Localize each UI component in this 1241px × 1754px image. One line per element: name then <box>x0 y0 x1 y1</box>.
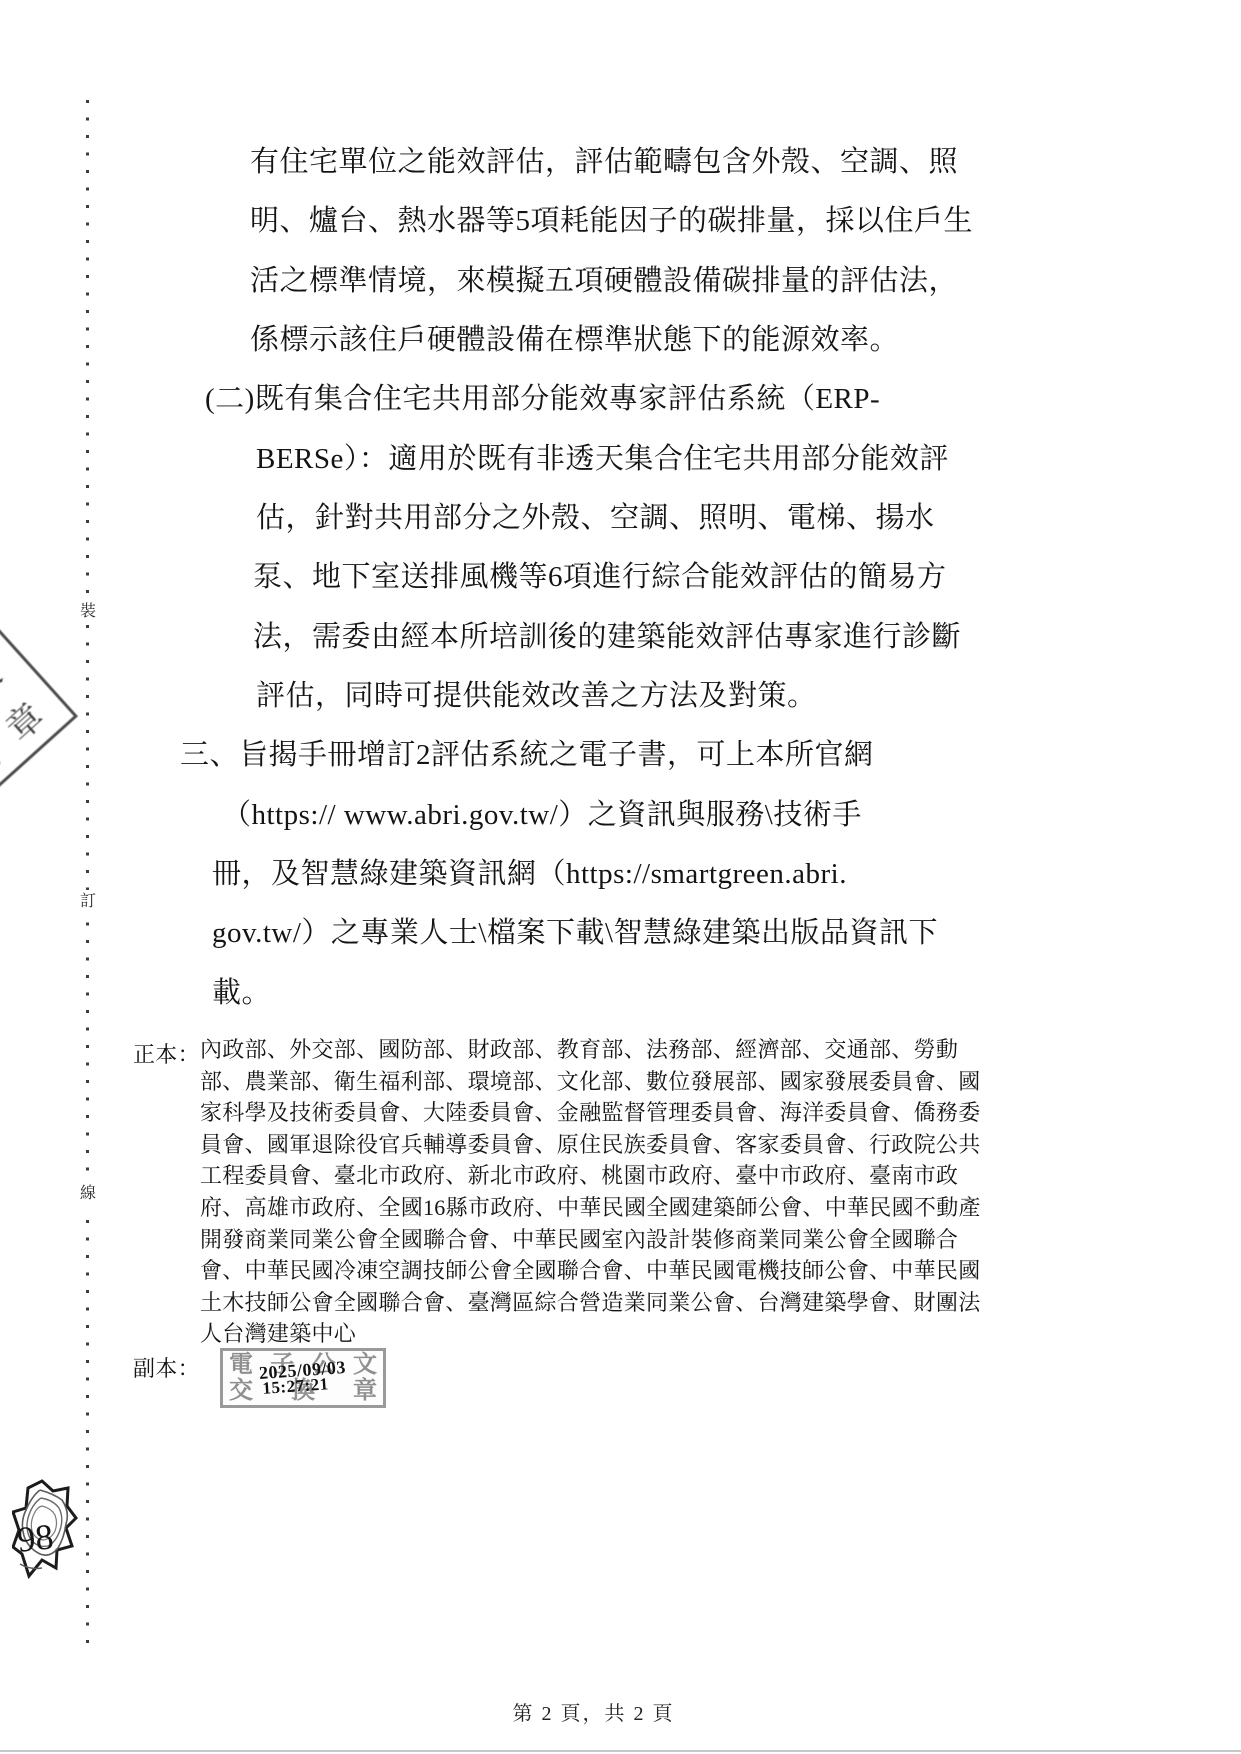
recipient-line: 工程委員會、臺北市政府、新北市政府、桃園市政府、臺中市政府、臺南市政 <box>200 1164 958 1188</box>
binding-dotted-rail <box>86 100 89 1650</box>
recipient-line: 員會、國軍退除役官兵輔導委員會、原住民族委員會、客家委員會、行政院公共 <box>200 1133 981 1157</box>
body-line: 冊，及智慧綠建築資訊網（https://smartgreen.abri. <box>212 859 847 890</box>
recipient-line: 內政部、外交部、國防部、財政部、教育部、法務部、經濟部、交通部、勞動 <box>200 1038 958 1062</box>
binding-mark-zhuang: 裝 <box>78 600 98 624</box>
body-line: 三、旨揭手冊增訂2評估系統之電子書，可上本所官網 <box>180 740 874 771</box>
body-line: gov.tw/）之專業人士\檔案下載\智慧綠建築出版品資訊下 <box>212 918 938 949</box>
exchange-stamp-time: 15:27:21 <box>262 1376 329 1397</box>
body-line: 載。 <box>212 978 271 1009</box>
body-line: 活之標準情境，來模擬五項硬體設備碳排量的評估法， <box>250 266 958 297</box>
electronic-exchange-stamp: 電 子 公 文 交 換 章 2025/09/03 15:27:21 <box>220 1348 386 1408</box>
recipient-line: 開發商業同業公會全國聯合會、中華民國室內設計裝修商業同業公會全國聯合 <box>200 1228 958 1252</box>
body-line: 明、爐台、熱水器等5項耗能因子的碳排量，採以住戶生 <box>250 206 973 237</box>
copy-recipients-label: 副本： <box>133 1352 200 1383</box>
page-number: 第 2 頁，共 2 頁 <box>0 1697 1187 1726</box>
recipient-line: 家科學及技術委員會、大陸委員會、金融監督管理委員會、海洋委員會、僑務委 <box>200 1101 981 1125</box>
binding-mark-ding: 訂 <box>78 890 98 914</box>
edge-exchange-stamp: 電子公文 交換章 <box>0 623 78 848</box>
official-letter-page: 裝 訂 線 電子公文 交換章 有住宅單位之能效評估，評估範疇包含外殼、空調、照 … <box>0 0 1241 1754</box>
star-seal-number: 98 <box>15 1516 55 1560</box>
body-line: 有住宅單位之能效評估，評估範疇包含外殼、空調、照 <box>250 147 958 178</box>
original-recipients-label: 正本： <box>133 1038 200 1069</box>
edge-exchange-stamp-row2: 交換章 <box>0 675 70 839</box>
recipient-line: 部、農業部、衛生福利部、環境部、文化部、數位發展部、國家發展委員會、國 <box>200 1070 981 1094</box>
recipient-line: 人台灣建築中心 <box>200 1322 356 1346</box>
binding-mark-xian: 線 <box>78 1182 98 1206</box>
body-line: 泵、地下室送排風機等6項進行綜合能效評估的簡易方 <box>253 562 947 593</box>
body-line: 法，需委由經本所培訓後的建築能效評估專家進行診斷 <box>253 622 961 653</box>
body-line: 估，針對共用部分之外殼、空調、照明、電梯、揚水 <box>256 503 935 534</box>
body-line: （https:// www.abri.gov.tw/）之資訊與服務\技術手 <box>222 800 862 831</box>
recipient-line: 府、高雄市政府、全國16縣市政府、中華民國全國建築師公會、中華民國不動產 <box>200 1196 981 1220</box>
body-line: BERSe）：適用於既有非透天集合住宅共用部分能效評 <box>256 444 949 475</box>
exchange-stamp-datetime: 2025/09/03 15:27:21 <box>221 1345 384 1410</box>
body-line: 係標示該住戶硬體設備在標準狀態下的能源效率。 <box>250 325 899 356</box>
recipient-line: 會、中華民國冷凍空調技師公會全國聯合會、中華民國電機技師公會、中華民國 <box>200 1259 981 1283</box>
body-line: (二)既有集合住宅共用部分能效專家評估系統（ERP- <box>205 384 880 415</box>
star-seal-icon: 98 <box>12 1478 78 1582</box>
scan-edge-line <box>0 1750 1241 1752</box>
recipient-line: 土木技師公會全國聯合會、臺灣區綜合營造業同業公會、台灣建築學會、財團法 <box>200 1291 981 1315</box>
body-line: 評估，同時可提供能效改善之方法及對策。 <box>256 681 817 712</box>
